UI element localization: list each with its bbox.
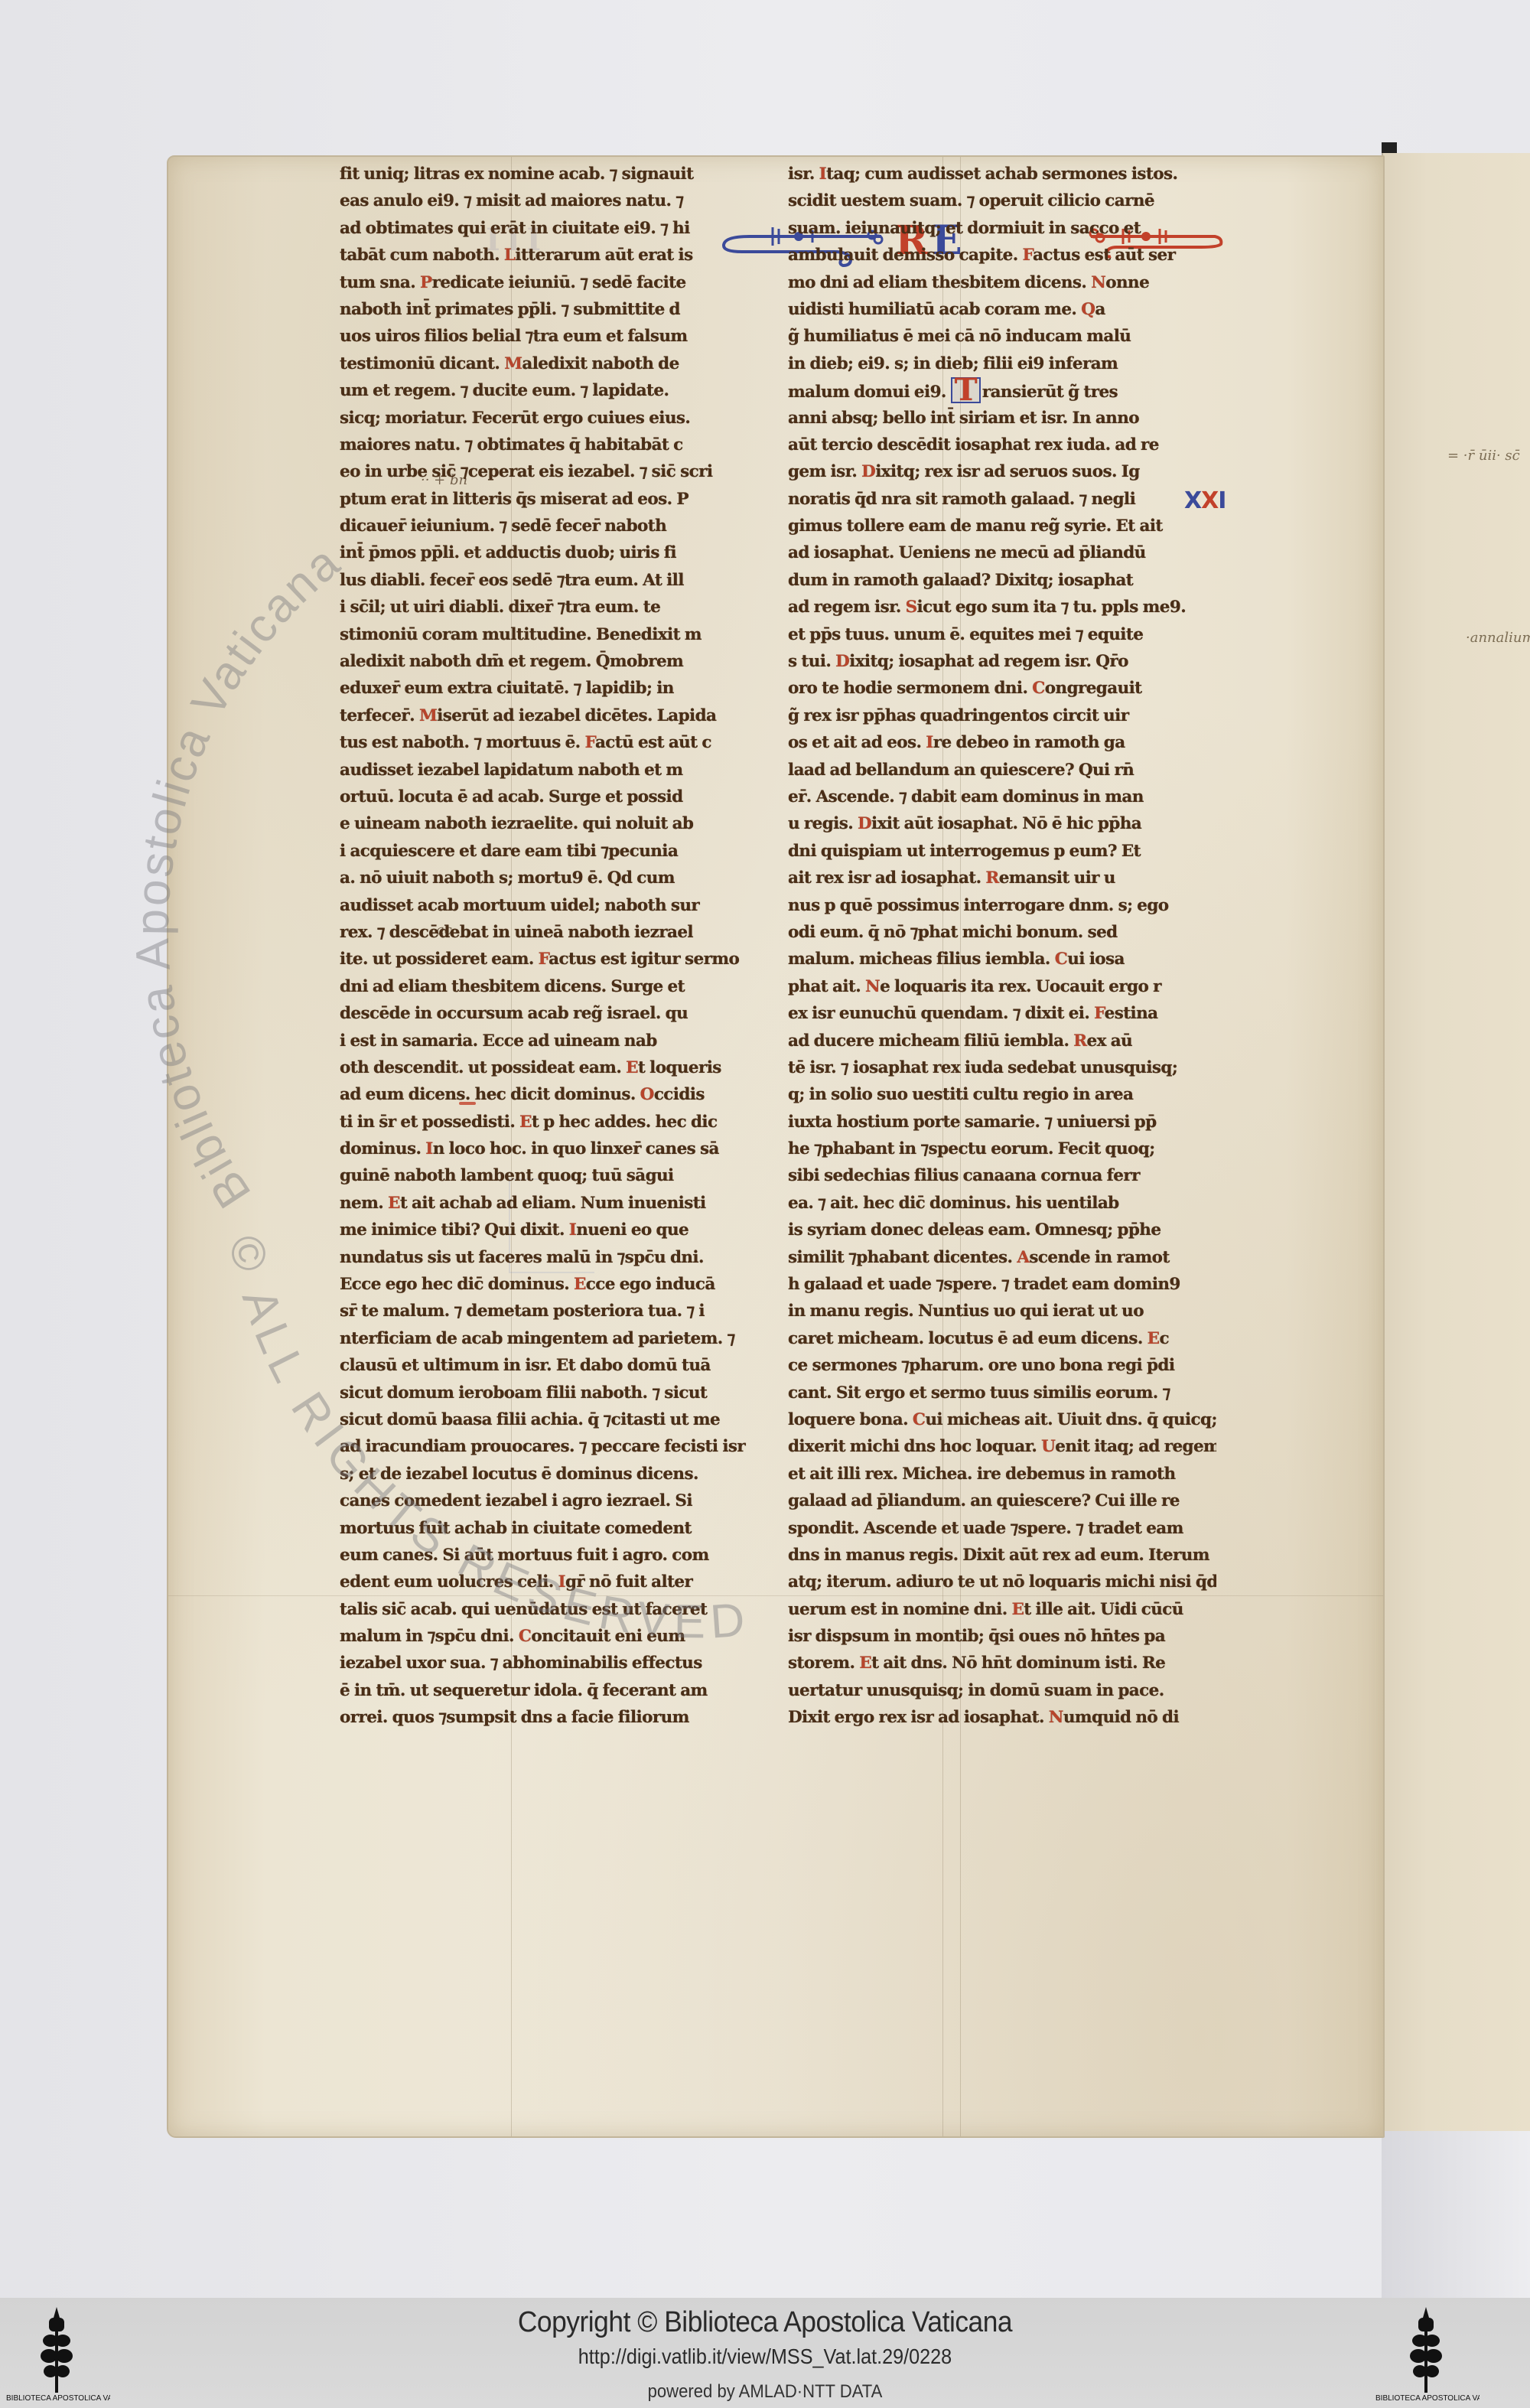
text-line: naboth int̄ primates pp̄li. ⁊ submittite… <box>340 296 768 323</box>
text-line: os et ait ad eos. Ire debeo in ramoth ga <box>788 729 1216 756</box>
rubricated-initial: N <box>865 977 880 996</box>
text-line: audisset acab mortuum uidel; naboth sur <box>340 892 768 919</box>
chapter-initial: T <box>951 377 981 403</box>
footer-powered-by: powered by AMLAD·NTT DATA <box>61 2380 1469 2403</box>
text-line-segment: malum domui ei9. <box>788 383 951 402</box>
text-line: isr. Itaq; cum audisset achab sermones i… <box>788 161 1216 187</box>
text-line: gimus tollere eam de manu reg̃ syrie. Et… <box>788 513 1216 539</box>
text-line: loquere bona. Cui micheas ait. Uiuit dns… <box>788 1406 1216 1433</box>
rubricated-initial: O <box>640 1085 654 1104</box>
text-line: rex. ⁊ descēdebat in uineā naboth iezrae… <box>340 919 768 946</box>
text-line: dni quispiam ut interrogemus p eum? Et <box>788 838 1216 865</box>
text-line: isr dispsum in montib; q̄si oues nō hn̄t… <box>788 1623 1216 1650</box>
text-line: a. nō uiuit naboth s; mortu9 ē. Qd cum <box>340 865 768 891</box>
copyright-footer: BIBLIOTECA APOSTOLICA VATICANA Copyright… <box>0 2298 1530 2408</box>
text-line: in manu regis. Nuntius uo qui ierat ut u… <box>788 1298 1216 1325</box>
text-line: fit uniq; litras ex nomine acab. ⁊ signa… <box>340 161 768 187</box>
text-line: eum canes. Si aūt mortuus fuit i agro. c… <box>340 1542 768 1569</box>
text-line: uertatur unusquisq; in domū suam in pace… <box>788 1677 1216 1704</box>
text-line: canes comedent iezabel i agro iezrael. S… <box>340 1487 768 1514</box>
text-line: testimoniū dicant. Maledixit naboth de <box>340 350 768 377</box>
text-line: sicut domum ieroboam filii naboth. ⁊ sic… <box>340 1380 768 1406</box>
text-line: ad ducere micheam filiū iembla. Rex aū <box>788 1028 1216 1054</box>
text-line: ad obtimates qui erāt in ciuitate ei9. ⁊… <box>340 215 768 242</box>
rubricated-initial: E <box>574 1275 586 1294</box>
facing-page: = ·r̄ ūii· sc̄ ·annalium <box>1382 153 1530 2131</box>
text-line: tum sna. Predicate ieiuniū. ⁊ sedē facit… <box>340 269 768 296</box>
rubricated-initial: C <box>1032 679 1045 698</box>
text-line: et pp̄s tuus. unum ē. equites mei ⁊ equi… <box>788 621 1216 648</box>
text-line: eas anulo ei9. ⁊ misit ad maiores natu. … <box>340 187 768 214</box>
facing-margin-note: = ·r̄ ūii· sc̄ <box>1447 448 1520 464</box>
rubricated-initial: A <box>1017 1248 1029 1267</box>
rubricated-initial: E <box>859 1654 871 1673</box>
footer-copyright: Copyright © Biblioteca Apostolica Vatica… <box>54 2305 1476 2339</box>
text-line: tabāt cum naboth. Litterarum aūt erat is <box>340 242 768 269</box>
text-line: ait rex isr ad iosaphat. Remansit uir u <box>788 865 1216 891</box>
text-line: er̄. Ascende. ⁊ dabit eam dominus in man <box>788 784 1216 810</box>
text-line: Dixit ergo rex isr ad iosaphat. Numquid … <box>788 1704 1216 1731</box>
text-line: ortuū. locuta ē ad acab. Surge et possid <box>340 784 768 810</box>
text-line: malum. micheas filius iembla. Cui iosa <box>788 946 1216 973</box>
text-line: sr̄ te malum. ⁊ demetam posteriora tua. … <box>340 1298 768 1325</box>
rubricated-initial: M <box>504 354 522 373</box>
logo-caption: BIBLIOTECA APOSTOLICA VATICANA <box>1375 2394 1480 2403</box>
rubricated-initial: N <box>1049 1708 1063 1727</box>
text-line: uidisti humiliatū acab coram me. Qa <box>788 296 1216 323</box>
rubricated-initial: F <box>584 733 595 752</box>
text-line: ex isr eunuchū quendam. ⁊ dixit ei. Fest… <box>788 1000 1216 1027</box>
text-line: malum domui ei9. Transierūt g̃ tres <box>788 377 1216 404</box>
text-line: nem. Et ait achab ad eliam. Num inuenist… <box>340 1190 768 1217</box>
rubricated-initial: N <box>1091 273 1105 292</box>
rubricated-initial: C <box>519 1627 532 1646</box>
text-line: dni ad eliam thesbitem dicens. Surge et <box>340 973 768 1000</box>
text-line: ad iosaphat. Ueniens ne mecū ad p̄liandū <box>788 539 1216 566</box>
text-line: g̃ humiliatus ē mei cā nō inducam malū <box>788 323 1216 350</box>
text-line-segment: ransierūt g̃ tres <box>982 383 1118 402</box>
rubricated-initial: C <box>913 1410 926 1429</box>
text-line: um et regem. ⁊ ducite eum. ⁊ lapidate. <box>340 377 768 404</box>
text-line: talis sic̄ acab. qui uenūdatus est ut fa… <box>340 1596 768 1623</box>
rubricated-initial: D <box>858 814 871 833</box>
text-line: s; et de iezabel locutus ē dominus dicen… <box>340 1461 768 1487</box>
text-line: clausū et ultimum in isr. Et dabo domū t… <box>340 1352 768 1379</box>
rubricated-initial: E <box>519 1113 532 1132</box>
text-line: oth descendit. ut possideat eam. Et loqu… <box>340 1054 768 1081</box>
text-line: sicut domū baasa filii achia. q̄ ⁊citast… <box>340 1406 768 1433</box>
text-line: ea. ⁊ ait. hec dic̄ dominus. his uentila… <box>788 1190 1216 1217</box>
text-line: s tui. Dixitq; iosaphat ad regem isr. Qr… <box>788 648 1216 675</box>
text-line: ē in tm̄. ut sequeretur idola. q̄ fecera… <box>340 1677 768 1704</box>
rubricated-initial: S <box>906 598 917 617</box>
text-line: aledixit naboth dm̄ et regem. Q̄mobrem <box>340 648 768 675</box>
text-line: phat ait. Ne loquaris ita rex. Uocauit e… <box>788 973 1216 1000</box>
text-column-left: fit uniq; litras ex nomine acab. ⁊ signa… <box>340 161 768 1732</box>
facing-margin-note: ·annalium <box>1466 630 1530 646</box>
text-line: terfecer̄. Miserūt ad iezabel dicētes. L… <box>340 702 768 729</box>
rubricated-initial: Q <box>1081 300 1095 319</box>
page-tab-marker <box>1382 142 1397 153</box>
text-line: he ⁊phabant in ⁊spectu eorum. Fecit quoq… <box>788 1136 1216 1162</box>
text-line: sicq; moriatur. Fecerūt ergo cuiues eius… <box>340 405 768 432</box>
text-line: e uineam naboth iezraelite. qui noluit a… <box>340 810 768 837</box>
text-line: ad eum dicens. hec dicit dominus. Occidi… <box>340 1081 768 1108</box>
text-line: int̄ p̄mos pp̄li. et adductis duob; uiri… <box>340 539 768 566</box>
rubricated-initial: I <box>558 1572 565 1592</box>
rubricated-initial: U <box>1041 1437 1055 1456</box>
rubricated-initial: R <box>985 868 998 888</box>
text-line: ptum erat in litteris q̄s miserat ad eos… <box>340 486 768 513</box>
text-line: dum in ramoth galaad? Dixitq; iosaphat <box>788 567 1216 594</box>
text-line: lus diabli. fecer̄ eos sedē ⁊tra eum. At… <box>340 567 768 594</box>
text-line: laad ad bellandum an quiescere? Qui rn̄ <box>788 757 1216 784</box>
text-line: Ecce ego hec dic̄ dominus. Ecce ego indu… <box>340 1271 768 1298</box>
text-line: malum in ⁊spc̄u dni. Concitauit eni eum <box>340 1623 768 1650</box>
text-line: dominus. In loco hoc. in quo linxer̄ can… <box>340 1136 768 1162</box>
text-line: gem isr. Dixitq; rex isr ad seruos suos.… <box>788 458 1216 485</box>
text-line: iuxta hostium porte samarie. ⁊ uniuersi … <box>788 1109 1216 1136</box>
text-line: guinē naboth lambent quoq; tuū sāgui <box>340 1162 768 1189</box>
text-line: dns in manus regis. Dixit aūt rex ad eum… <box>788 1542 1216 1569</box>
text-line: u regis. Dixit aūt iosaphat. Nō ē hic pp… <box>788 810 1216 837</box>
text-line: cant. Sit ergo et sermo tuus similis eor… <box>788 1380 1216 1406</box>
text-line: spondit. Ascende et uade ⁊spere. ⁊ trade… <box>788 1515 1216 1542</box>
text-line: ad iracundiam prouocares. ⁊ peccare feci… <box>340 1433 768 1460</box>
rubricated-initial: F <box>539 950 549 969</box>
text-line: stimoniū coram multitudine. Benedixit m <box>340 621 768 648</box>
rubricated-initial: I <box>425 1139 432 1158</box>
text-line: g̃ rex isr pp̄has quadringentos circit u… <box>788 702 1216 729</box>
text-line: orrei. quos ⁊sumpsit dns a facie filioru… <box>340 1704 768 1731</box>
text-line: edent eum uolucres celi. Igr̄ nō fuit al… <box>340 1569 768 1595</box>
text-line: aūt tercio descēdit iosaphat rex iuda. a… <box>788 432 1216 458</box>
text-line: i est in samaria. Ecce ad uineam nab <box>340 1028 768 1054</box>
rubricated-initial: E <box>1011 1600 1024 1619</box>
text-line: nus p quē possimus interrogare dnm. s; e… <box>788 892 1216 919</box>
text-line: mo dni ad eliam thesbitem dicens. Nonne <box>788 269 1216 296</box>
text-line: uos uiros filios belial ⁊tra eum et fals… <box>340 323 768 350</box>
text-line: iezabel uxor sua. ⁊ abhominabilis effect… <box>340 1650 768 1676</box>
rubricated-initial: F <box>1023 246 1034 265</box>
text-line: i acquiescere et dare eam tibi ⁊pecunia <box>340 838 768 865</box>
facing-page-shadow <box>1382 2131 1530 2298</box>
text-line: ite. ut possideret eam. Factus est igitu… <box>340 946 768 973</box>
text-line: noratis q̄d nra sit ramoth galaad. ⁊ neg… <box>788 486 1216 513</box>
text-line: tē isr. ⁊ iosaphat rex iuda sedebat unus… <box>788 1054 1216 1081</box>
text-line: sibi sedechias filius canaana cornua fer… <box>788 1162 1216 1189</box>
text-line: mortuus fuit achab in ciuitate comedent <box>340 1515 768 1542</box>
text-line: i sc̄il; ut uiri diabli. dixer̄ ⁊tra eum… <box>340 594 768 621</box>
text-line: galaad ad p̄liandum. an quiescere? Cui i… <box>788 1487 1216 1514</box>
text-line: uerum est in nomine dni. Et ille ait. Ui… <box>788 1596 1216 1623</box>
vatican-library-logo-icon: BIBLIOTECA APOSTOLICA VATICANA <box>1372 2302 1480 2405</box>
text-line: descēde in occursum acab reg̃ israel. qu <box>340 1000 768 1027</box>
text-line: is syriam donec deleas eam. Omnesq; pp̄h… <box>788 1217 1216 1243</box>
rubricated-initial: E <box>1147 1329 1160 1348</box>
text-line: dixerit michi dns hoc loquar. Uenit itaq… <box>788 1433 1216 1460</box>
text-line: storem. Et ait dns. Nō hn̄t dominum isti… <box>788 1650 1216 1676</box>
text-line: in dieb; ei9. s; in dieb; filii ei9 infe… <box>788 350 1216 377</box>
rubricated-initial: R <box>1073 1031 1086 1051</box>
rubricated-initial: I <box>569 1220 576 1240</box>
text-line: suam. ieiunauitq; et dormiuit in sacco e… <box>788 215 1216 242</box>
rubricated-initial: D <box>835 652 849 671</box>
text-line: h galaad et uade ⁊spere. ⁊ tradet eam do… <box>788 1271 1216 1298</box>
rubricated-initial: M <box>419 706 437 725</box>
rubricated-initial: E <box>626 1058 638 1077</box>
text-line: ambulauit demisso capite. Factus est aūt… <box>788 242 1216 269</box>
text-line: audisset iezabel lapidatum naboth et m <box>340 757 768 784</box>
text-line: caret micheam. locutus ē ad eum dicens. … <box>788 1325 1216 1352</box>
text-line: dicauer̄ ieiunium. ⁊ sedē fecer̄ naboth <box>340 513 768 539</box>
rubricated-initial: F <box>1094 1004 1105 1023</box>
text-line: ce sermones ⁊pharum. ore uno bona regi p… <box>788 1352 1216 1379</box>
text-line: eduxer̄ eum extra ciuitatē. ⁊ lapidib; i… <box>340 675 768 702</box>
rubricated-initial: D <box>861 462 875 481</box>
rubricated-initial: I <box>819 165 826 184</box>
text-line: ti in s̄r et possedisti. Et p hec addes.… <box>340 1109 768 1136</box>
rubricated-initial: E <box>388 1194 400 1213</box>
text-line: similit ⁊phabant dicentes. Ascende in ra… <box>788 1244 1216 1271</box>
text-line: q; in solio suo uestiti cultu regio in a… <box>788 1081 1216 1108</box>
text-line: odi eum. q̄ nō ⁊phat michi bonum. sed <box>788 919 1216 946</box>
text-line: et ait illi rex. Michea. ire debemus in … <box>788 1461 1216 1487</box>
rubricated-initial: L <box>504 246 516 265</box>
rubricated-initial: C <box>1055 950 1068 969</box>
rubricated-initial: P <box>420 273 432 292</box>
text-column-right: isr. Itaq; cum audisset achab sermones i… <box>788 161 1216 1732</box>
text-line: nundatus sis ut faceres malū in ⁊spc̄u d… <box>340 1244 768 1271</box>
text-line: maiores natu. ⁊ obtimates q̄ habitabāt c <box>340 432 768 458</box>
footer-page-url[interactable]: http://digi.vatlib.it/view/MSS_Vat.lat.2… <box>76 2344 1453 2370</box>
text-line: me inimice tibi? Qui dixit. Inueni eo qu… <box>340 1217 768 1243</box>
text-line: nterficiam de acab mingentem ad parietem… <box>340 1325 768 1352</box>
rubricated-initial: I <box>926 733 933 752</box>
text-line: ad regem isr. Sicut ego sum ita ⁊ tu. pp… <box>788 594 1216 621</box>
text-line: oro te hodie sermonem dni. Congregauit <box>788 675 1216 702</box>
text-line: scidit uestem suam. ⁊ operuit cilicio ca… <box>788 187 1216 214</box>
text-line: eo in urbe sic̄ ⁊ceperat eis iezabel. ⁊ … <box>340 458 768 485</box>
text-line: atq; iterum. adiuro te ut nō loquaris mi… <box>788 1569 1216 1595</box>
text-line: anni absq; bello int̄ siriam et isr. In … <box>788 405 1216 432</box>
text-line: tus est naboth. ⁊ mortuus ē. Factū est a… <box>340 729 768 756</box>
